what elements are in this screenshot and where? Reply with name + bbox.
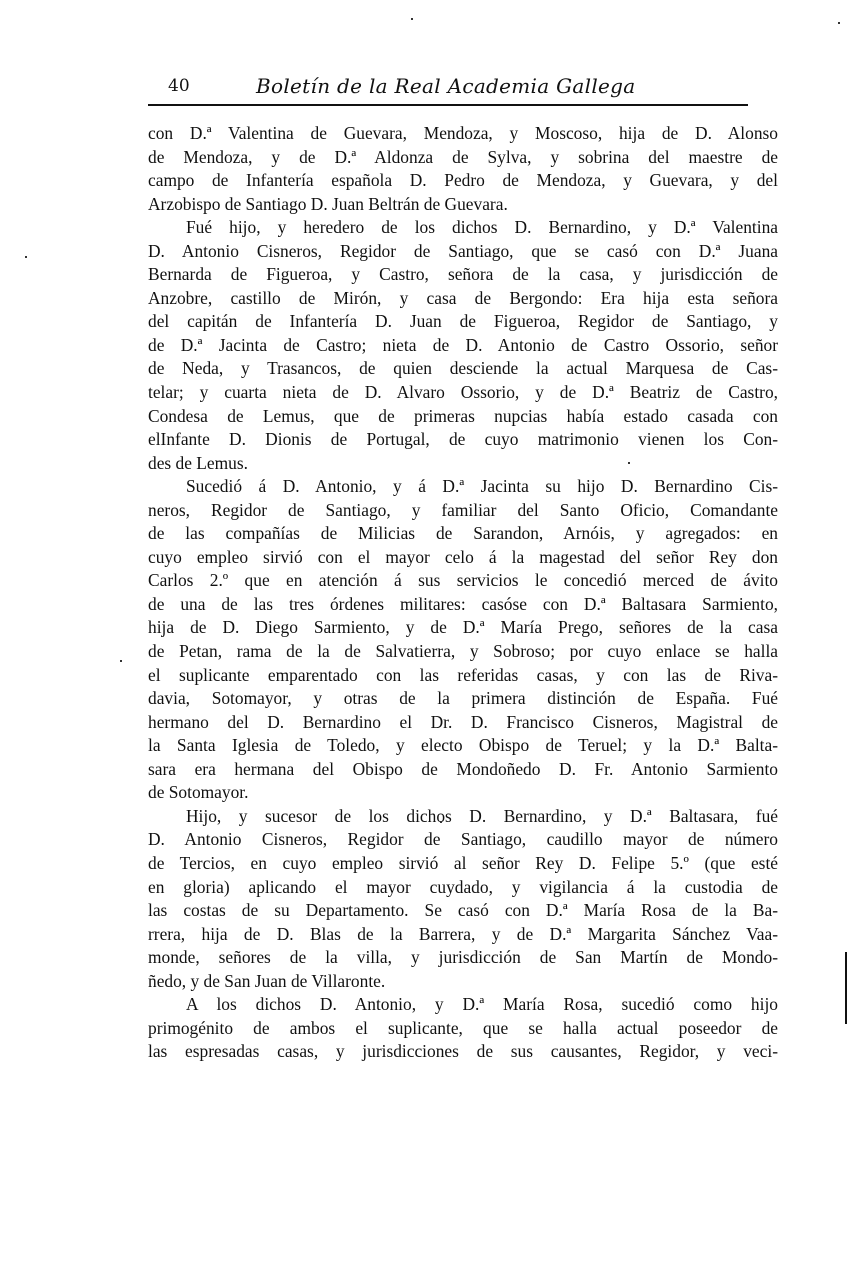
scan-speck: [440, 821, 442, 823]
text-line: en gloria) aplicando el mayor cuydado, y…: [148, 876, 778, 900]
scan-speck: [120, 660, 122, 662]
text-line: Anzobre, castillo de Mirón, y casa de Be…: [148, 287, 778, 311]
text-line: rrera, hija de D. Blas de la Barrera, y …: [148, 923, 778, 947]
text-line: campo de Infantería española D. Pedro de…: [148, 169, 778, 193]
text-line: de D.ª Jacinta de Castro; nieta de D. An…: [148, 334, 778, 358]
text-line: Hijo, y sucesor de los dichos D. Bernard…: [148, 805, 778, 829]
text-line: D. Antonio Cisneros, Regidor de Santiago…: [148, 240, 778, 264]
text-line: elInfante D. Dionis de Portugal, de cuyo…: [148, 428, 778, 452]
scan-speck: [628, 462, 630, 464]
text-line: monde, señores de la villa, y jurisdicci…: [148, 946, 778, 970]
running-title: Boletín de la Real Academia Gallega: [256, 74, 636, 98]
header-rule: [148, 104, 748, 106]
margin-mark: [845, 952, 847, 1024]
text-line: cuyo empleo sirvió con el mayor celo á l…: [148, 546, 778, 570]
text-line: la Santa Iglesia de Toledo, y electo Obi…: [148, 734, 778, 758]
text-line: Fué hijo, y heredero de los dichos D. Be…: [148, 216, 778, 240]
text-line: neros, Regidor de Santiago, y familiar d…: [148, 499, 778, 523]
text-line: sara era hermana del Obispo de Mondoñedo…: [148, 758, 778, 782]
text-line: ñedo, y de San Juan de Villaronte.: [148, 970, 778, 994]
scan-speck: [25, 256, 27, 258]
text-line: Arzobispo de Santiago D. Juan Beltrán de…: [148, 193, 778, 217]
text-line: Sucedió á D. Antonio, y á D.ª Jacinta su…: [148, 475, 778, 499]
text-line: las espresadas casas, y jurisdicciones d…: [148, 1040, 778, 1064]
text-line: D. Antonio Cisneros, Regidor de Santiago…: [148, 828, 778, 852]
text-line: Condesa de Lemus, que de primeras nupcia…: [148, 405, 778, 429]
page-number: 40: [168, 76, 190, 96]
text-line: Bernarda de Figueroa, y Castro, señora d…: [148, 263, 778, 287]
page-header: 40 Boletín de la Real Academia Gallega: [168, 74, 748, 102]
text-line: A los dichos D. Antonio, y D.ª María Ros…: [148, 993, 778, 1017]
text-line: hija de D. Diego Sarmiento, y de D.ª Mar…: [148, 616, 778, 640]
text-line: davia, Sotomayor, y otras de la primera …: [148, 687, 778, 711]
text-line: el suplicante emparentado con las referi…: [148, 664, 778, 688]
text-line: Carlos 2.º que en atención á sus servici…: [148, 569, 778, 593]
scan-speck: [838, 22, 840, 24]
text-line: de Mendoza, y de D.ª Aldonza de Sylva, y…: [148, 146, 778, 170]
text-line: des de Lemus.: [148, 452, 778, 476]
text-line: de una de las tres órdenes militares: ca…: [148, 593, 778, 617]
text-line: con D.ª Valentina de Guevara, Mendoza, y…: [148, 122, 778, 146]
text-line: de Sotomayor.: [148, 781, 778, 805]
text-line: las costas de su Departamento. Se casó c…: [148, 899, 778, 923]
text-line: de las compañías de Milicias de Sarandon…: [148, 522, 778, 546]
text-line: de Neda, y Trasancos, de quien desciende…: [148, 357, 778, 381]
scan-speck: [411, 18, 413, 20]
text-line: de Petan, rama de la de Salvatierra, y S…: [148, 640, 778, 664]
text-line: del capitán de Infantería D. Juan de Fig…: [148, 310, 778, 334]
text-line: telar; y cuarta nieta de D. Alvaro Ossor…: [148, 381, 778, 405]
text-line: de Tercios, en cuyo empleo sirvió al señ…: [148, 852, 778, 876]
body-text: con D.ª Valentina de Guevara, Mendoza, y…: [148, 122, 778, 1064]
text-line: primogénito de ambos el suplicante, que …: [148, 1017, 778, 1041]
text-line: hermano del D. Bernardino el Dr. D. Fran…: [148, 711, 778, 735]
